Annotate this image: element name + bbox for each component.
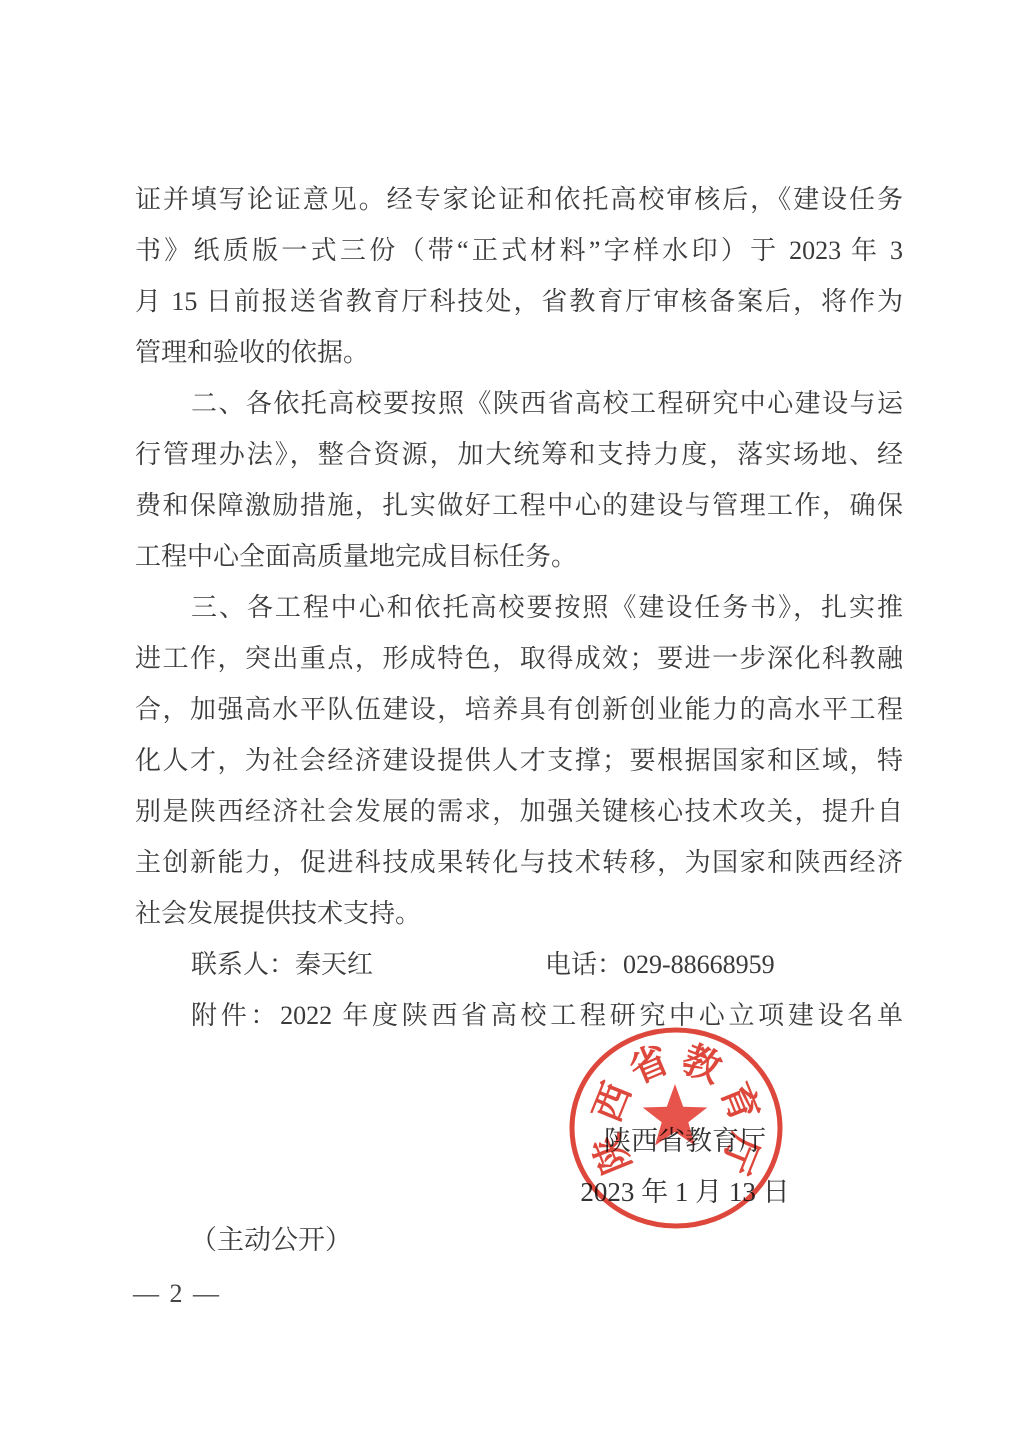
body-line: 二、各依托高校要按照《陕西省高校工程研究中心建设与运	[135, 378, 903, 429]
body-line: 月 15 日前报送省教育厅科技处，省教育厅审核备案后，将作为	[135, 276, 903, 327]
body-line: 费和保障激励措施，扎实做好工程中心的建设与管理工作，确保	[135, 480, 903, 531]
body-line: 证并填写论证意见。经专家论证和依托高校审核后，《建设任务	[135, 174, 903, 225]
body-line: 合，加强高水平队伍建设，培养具有创新创业能力的高水平工程	[135, 684, 903, 735]
page-number: — 2 —	[133, 1274, 221, 1314]
document-body: 证并填写论证意见。经专家论证和依托高校审核后，《建设任务 书》纸质版一式三份（带…	[135, 174, 903, 1041]
body-line: 三、各工程中心和依托高校要按照《建设任务书》，扎实推	[135, 582, 903, 633]
contact-phone: 电话：029-88668959	[545, 939, 775, 990]
seal-char: 陕	[586, 1128, 639, 1179]
body-line: 别是陕西经济社会发展的需求，加强关键核心技术攻关，提升自	[135, 786, 903, 837]
disclosure-note: （主动公开）	[190, 1220, 352, 1260]
seal-char: 教	[676, 1038, 728, 1092]
document-page: 证并填写论证意见。经专家论证和依托高校审核后，《建设任务 书》纸质版一式三份（带…	[0, 0, 1024, 1448]
body-line: 化人才，为社会经济建设提供人才支撑；要根据国家和区域，特	[135, 735, 903, 786]
body-line: 管理和验收的依据。	[135, 327, 903, 378]
official-seal: 陕 西 省 教 育 厅	[568, 1026, 784, 1230]
star-icon	[643, 1084, 708, 1146]
body-line: 进工作，突出重点，形成特色，取得成效；要进一步深化科教融	[135, 633, 903, 684]
attachment-line: 附件：2022 年度陕西省高校工程研究中心立项建设名单	[135, 990, 903, 1041]
body-line: 行管理办法》，整合资源，加大统筹和支持力度，落实场地、经	[135, 429, 903, 480]
body-line: 社会发展提供技术支持。	[135, 888, 903, 939]
seal-char: 西	[586, 1077, 639, 1128]
body-line: 工程中心全面高质量地完成目标任务。	[135, 531, 903, 582]
contact-line: 联系人：秦天红 电话：029-88668959	[135, 939, 903, 990]
seal-char: 育	[712, 1077, 765, 1128]
contact-person: 联系人：秦天红	[191, 950, 373, 979]
body-line: 主创新能力，促进科技成果转化与技术转移，为国家和陕西经济	[135, 837, 903, 888]
body-line: 书》纸质版一式三份（带“正式材料”字样水印）于 2023 年 3	[135, 225, 903, 276]
seal-char: 厅	[712, 1128, 765, 1179]
seal-char: 省	[624, 1039, 675, 1093]
